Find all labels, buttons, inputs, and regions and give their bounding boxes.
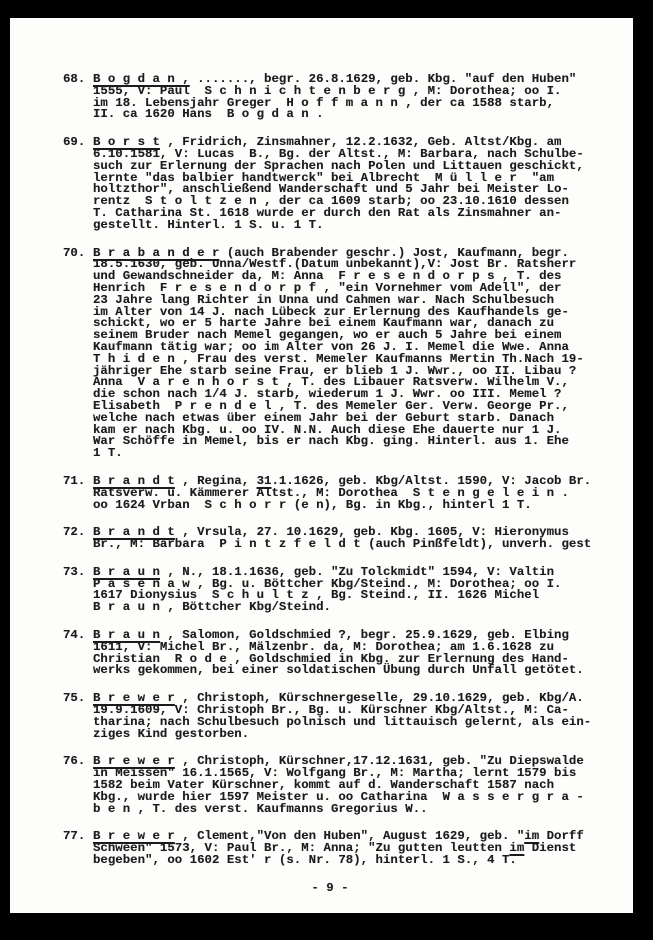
text-segment: oo 1624 Vrban S c h o r r (e n), Bg. in … <box>93 498 532 512</box>
register-entry: 75.B r e w e r , Christoph, Kürschnerges… <box>63 693 597 740</box>
entry-text: B r a n d t , Vrsula, 27. 10.1629, geb. … <box>93 527 597 551</box>
entry-number: 71. <box>63 476 93 511</box>
entry-text: B o r s t , Fridrich, Zinsmahner, 12.2.1… <box>93 137 597 231</box>
text-segment: begeben", oo 1602 Est' r (s. Nr. 78), hi… <box>93 853 517 867</box>
register-entry: 69.B o r s t , Fridrich, Zinsmahner, 12.… <box>63 137 597 231</box>
entry-number: 74. <box>63 630 93 677</box>
entry-text: B r a u n , N., 18.1.1636, geb. "Zu Tolc… <box>93 567 597 614</box>
entry-text: B o g d a n , ......., begr. 26.8.1629, … <box>93 74 597 121</box>
page-number: - 9 - <box>63 883 597 895</box>
register-entry: 72.B r a n d t , Vrsula, 27. 10.1629, ge… <box>63 527 597 551</box>
text-segment: B r a u n , Böttcher Kbg/Steind. <box>93 600 331 614</box>
scanned-register-page: { "page": { "footer": "- 9 -" }, "entrie… <box>0 0 653 940</box>
text-segment: 1 T. <box>93 446 123 460</box>
text-segment: II. ca 1620 Hans B o g d a n . <box>93 107 324 121</box>
text-segment: b e n , T. des verst. Kaufmanns Gregoriu… <box>93 802 428 816</box>
entry-line: werks gekommen, bei einer soldatischen Ü… <box>93 665 597 677</box>
entry-text: B r a u n , Salomon, Goldschmied ?, begr… <box>93 630 597 677</box>
entry-number: 75. <box>63 693 93 740</box>
register-entry: 71.B r a n d t , Regina, 31.1.1626, geb.… <box>63 476 597 511</box>
entry-number: 69. <box>63 137 93 231</box>
entry-line: b e n , T. des verst. Kaufmanns Gregoriu… <box>93 804 597 816</box>
entry-text: B r a n d t , Regina, 31.1.1626, geb. Kb… <box>93 476 597 511</box>
entry-line: gestellt. Hinterl. 1 S. u. 1 T. <box>93 220 597 232</box>
register-entry: 77.B r e w e r , Clement,"Von den Huben"… <box>63 831 597 866</box>
entry-line: Br., M: Barbara P i n t z f e l d t (auc… <box>93 539 597 551</box>
entry-number: 77. <box>63 831 93 866</box>
register-entry: 68.B o g d a n , ......., begr. 26.8.162… <box>63 74 597 121</box>
entry-line: ziges Kind gestorben. <box>93 729 597 741</box>
register-entry: 76.B r e w e r , Christoph, Kürschner,17… <box>63 756 597 815</box>
entry-line: War Schöffe in Memel, bis er nach Kbg. g… <box>93 436 597 448</box>
text-segment: gestellt. Hinterl. 1 S. u. 1 T. <box>93 218 324 232</box>
entry-line: oo 1624 Vrban S c h o r r (e n), Bg. in … <box>93 500 597 512</box>
register-entry: 73.B r a u n , N., 18.1.1636, geb. "Zu T… <box>63 567 597 614</box>
text-segment: War Schöffe in Memel, bis er nach Kbg. g… <box>93 434 569 448</box>
entry-text: B r e w e r , Clement,"Von den Huben", A… <box>93 831 597 866</box>
entry-line: begeben", oo 1602 Est' r (s. Nr. 78), hi… <box>93 855 597 867</box>
page-content: 68.B o g d a n , ......., begr. 26.8.162… <box>63 74 597 895</box>
entry-line: II. ca 1620 Hans B o g d a n . <box>93 109 597 121</box>
entry-number: 76. <box>63 756 93 815</box>
entry-line: 1 T. <box>93 448 597 460</box>
entry-text: B r e w e r , Christoph, Kürschner,17.12… <box>93 756 597 815</box>
entry-number: 72. <box>63 527 93 551</box>
register-entry: 70.B r a b a n d e r (auch Brabender ges… <box>63 248 597 460</box>
entry-line: B r a u n , Böttcher Kbg/Steind. <box>93 602 597 614</box>
entry-text: B r e w e r , Christoph, Kürschnergesell… <box>93 693 597 740</box>
entry-number: 73. <box>63 567 93 614</box>
text-segment: Dienst <box>524 841 576 855</box>
entry-number: 68. <box>63 74 93 121</box>
register-entry: 74.B r a u n , Salomon, Goldschmied ?, b… <box>63 630 597 677</box>
entry-text: B r a b a n d e r (auch Brabender geschr… <box>93 248 597 460</box>
entries-list: 68.B o g d a n , ......., begr. 26.8.162… <box>63 74 597 867</box>
text-segment: ziges Kind gestorben. <box>93 727 249 741</box>
entry-number: 70. <box>63 248 93 460</box>
text-segment: werks gekommen, bei einer soldatischen Ü… <box>93 663 584 677</box>
document-page: 68.B o g d a n , ......., begr. 26.8.162… <box>10 18 633 913</box>
text-segment: Br., M: Barbara P i n t z f e l d t (auc… <box>93 537 591 551</box>
